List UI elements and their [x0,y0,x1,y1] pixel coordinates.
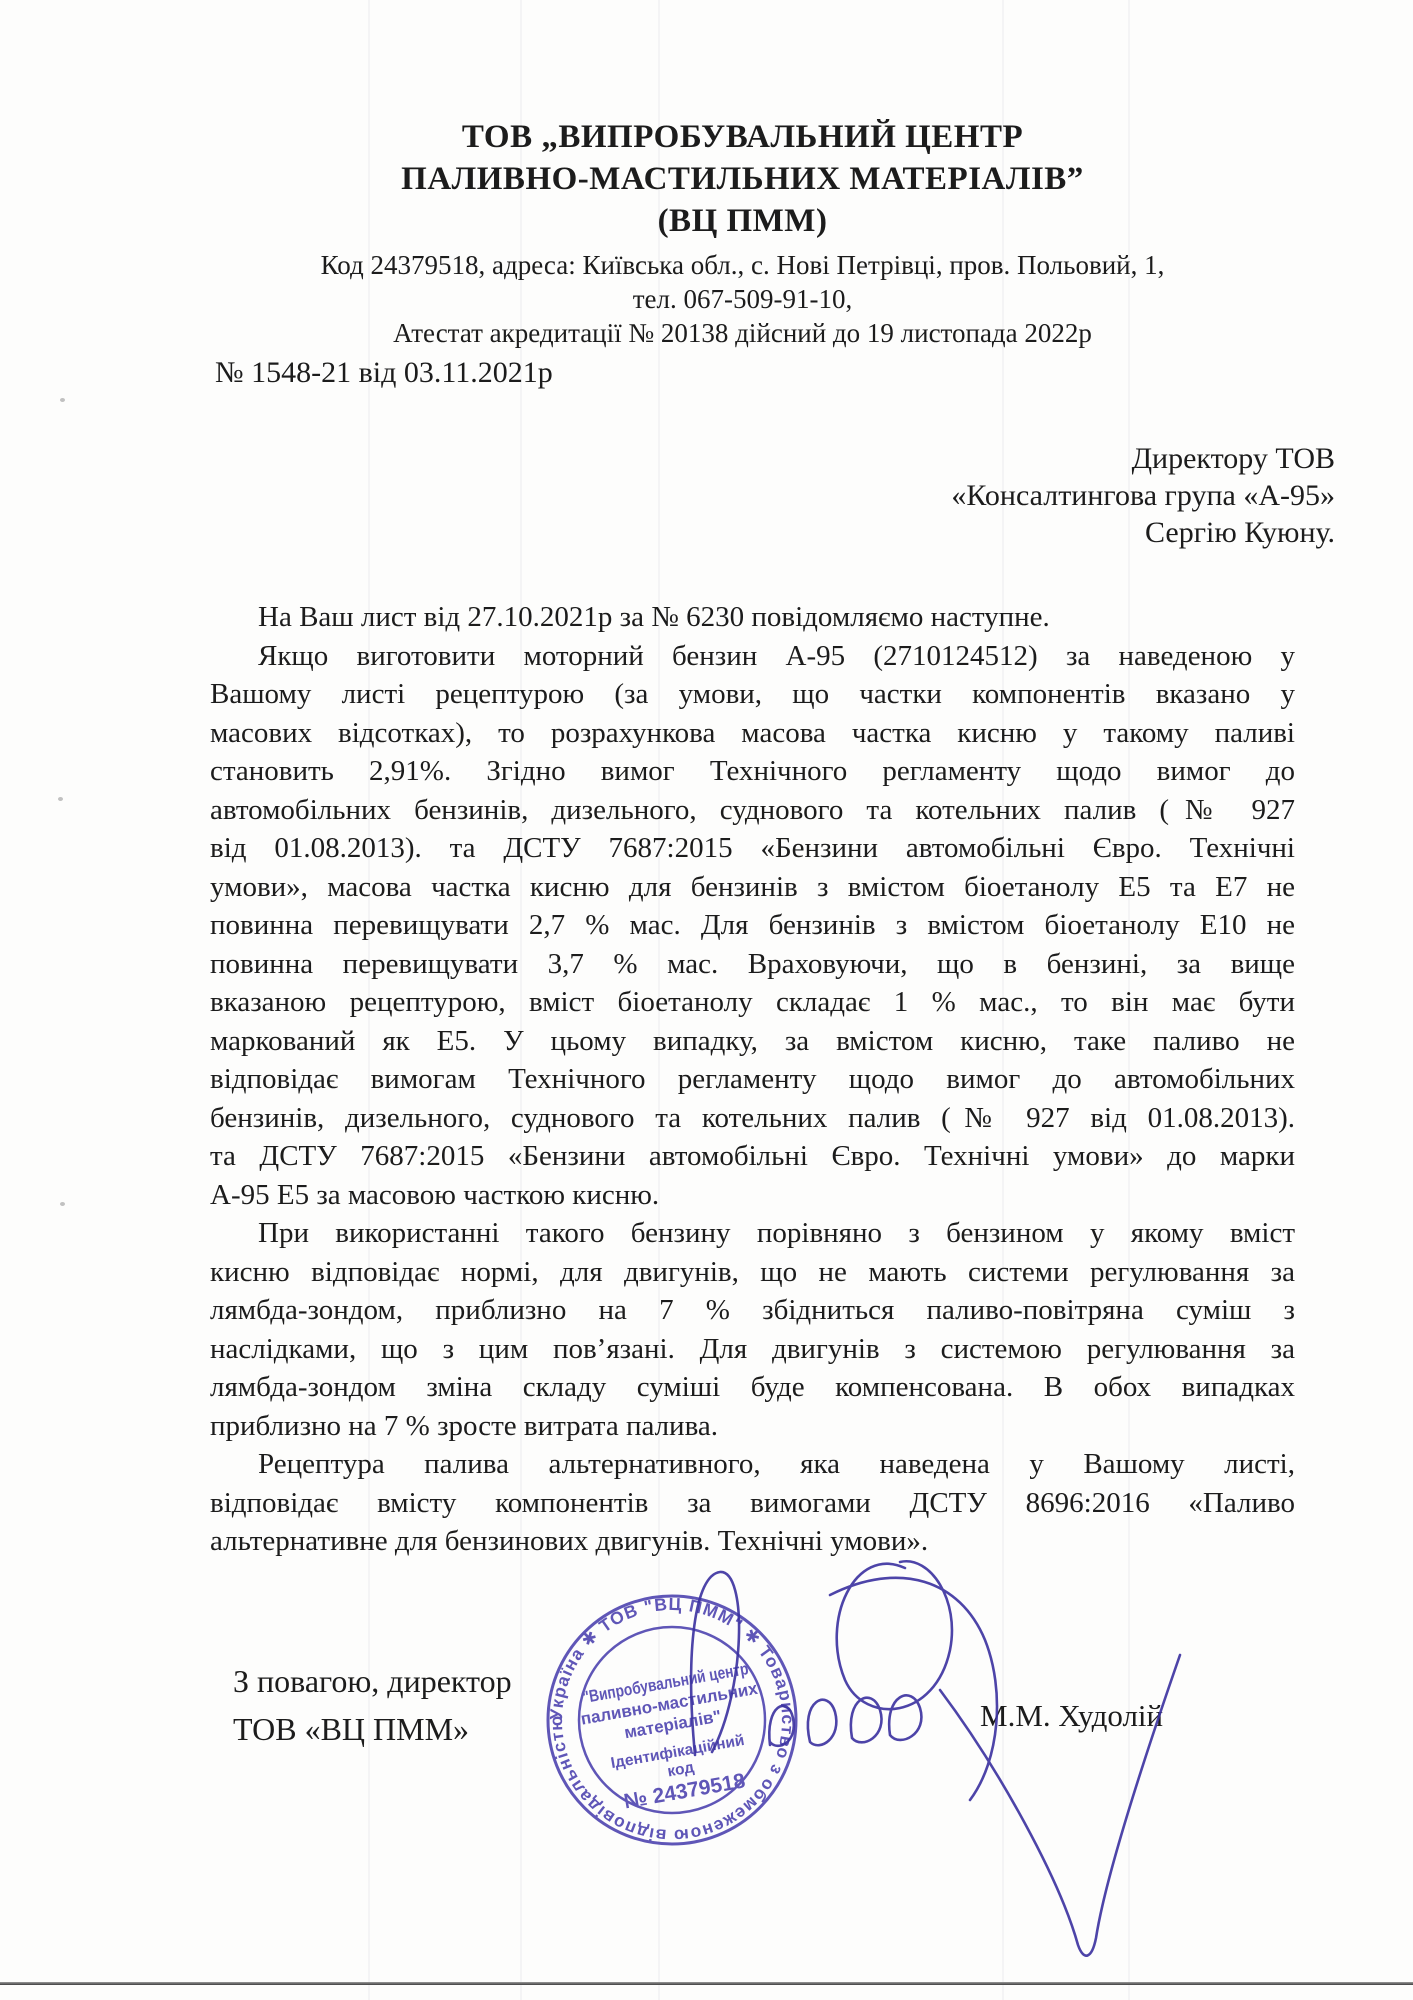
closing-block: З повагою, директор ТОВ «ВЦ ПММ» [233,1657,512,1753]
addressee-line: Директору ТОВ [700,440,1335,477]
addressee-block: Директору ТОВ «Консалтингова група «А-95… [700,440,1335,551]
org-name-line1: ТОВ „ВИПРОБУВАЛЬНИЙ ЦЕНТР [185,116,1300,158]
body-line: становить 2,91%. Згідно вимог Технічного… [210,752,1295,791]
body-line: маркований як Е5. У цьому випадку, за вм… [210,1022,1295,1061]
body-line: та ДСТУ 7687:2015 «Бензини автомобільні … [210,1137,1295,1176]
signature-strokes [691,1561,1180,1955]
body-line: На Ваш лист від 27.10.2021р за № 6230 по… [210,598,1295,637]
body-line: автомобільних бензинів, дизельного, судн… [210,791,1295,830]
letter-page: ТОВ „ВИПРОБУВАЛЬНИЙ ЦЕНТР ПАЛИВНО-МАСТИЛ… [0,0,1413,2000]
org-name-line2: ПАЛИВНО-МАСТИЛЬНИХ МАТЕРІАЛІВ” [185,158,1300,200]
addressee-line: «Консалтингова група «А-95» [700,477,1335,514]
body-line: масових відсотках), то розрахункова масо… [210,714,1295,753]
body-line: лямбда-зондом зміна складу суміші буде к… [210,1368,1295,1407]
paragraph: При використанні такого бензину порівнян… [210,1214,1295,1445]
addressee-line: Сергію Куюну. [700,514,1335,551]
paragraph: На Ваш лист від 27.10.2021р за № 6230 по… [210,598,1295,637]
letterhead: ТОВ „ВИПРОБУВАЛЬНИЙ ЦЕНТР ПАЛИВНО-МАСТИЛ… [185,116,1300,350]
body-line: відповідає вимогам Технічного регламенту… [210,1060,1295,1099]
body-line: приблизно на 7 % зросте витрата палива. [210,1407,1295,1446]
scan-speck [60,1202,65,1206]
body-line: повинна перевищувати 2,7 % мас. Для бенз… [210,906,1295,945]
body-line: бензинів, дизельного, суднового та котел… [210,1099,1295,1138]
org-short-name: (ВЦ ПММ) [185,200,1300,242]
org-phone: тел. 067-509-91-10, [185,282,1300,316]
body-line: Вашому листі рецептурою (за умови, що ча… [210,675,1295,714]
org-address: Код 24379518, адреса: Київська обл., с. … [185,248,1300,282]
org-accreditation: Атестат акредитації № 20138 дійсний до 1… [185,316,1300,350]
body-line: вказаною рецептурою, вміст біоетанолу ск… [210,983,1295,1022]
scan-speck [60,398,65,402]
body-line: Якщо виготовити моторний бензин А-95 (27… [210,637,1295,676]
body-line: відповідає вмісту компонентів за вимогам… [210,1484,1295,1523]
body-line: наслідками, що з цим пов’язані. Для двиг… [210,1330,1295,1369]
body-line: лямбда-зондом, приблизно на 7 % збіднить… [210,1291,1295,1330]
closing-line2: ТОВ «ВЦ ПММ» [233,1705,512,1753]
body-line: повинна перевищувати 3,7 % мас. Враховую… [210,945,1295,984]
body-text: На Ваш лист від 27.10.2021р за № 6230 по… [210,598,1295,1561]
body-line: кисню відповідає нормі, для двигунів, що… [210,1253,1295,1292]
closing-line1: З повагою, директор [233,1657,512,1705]
paragraph: Якщо виготовити моторний бензин А-95 (27… [210,637,1295,1215]
body-line: А-95 Е5 за масовою часткою кисню. [210,1176,1295,1215]
body-line: від 01.08.2013). та ДСТУ 7687:2015 «Бенз… [210,829,1295,868]
scan-speck [58,797,63,801]
body-line: При використанні такого бензину порівнян… [210,1214,1295,1253]
reference-number: № 1548-21 від 03.11.2021р [215,356,553,390]
signature [500,1520,1260,1990]
body-line: умови», масова частка кисню для бензинів… [210,868,1295,907]
body-line: Рецептура палива альтернативного, яка на… [210,1445,1295,1484]
